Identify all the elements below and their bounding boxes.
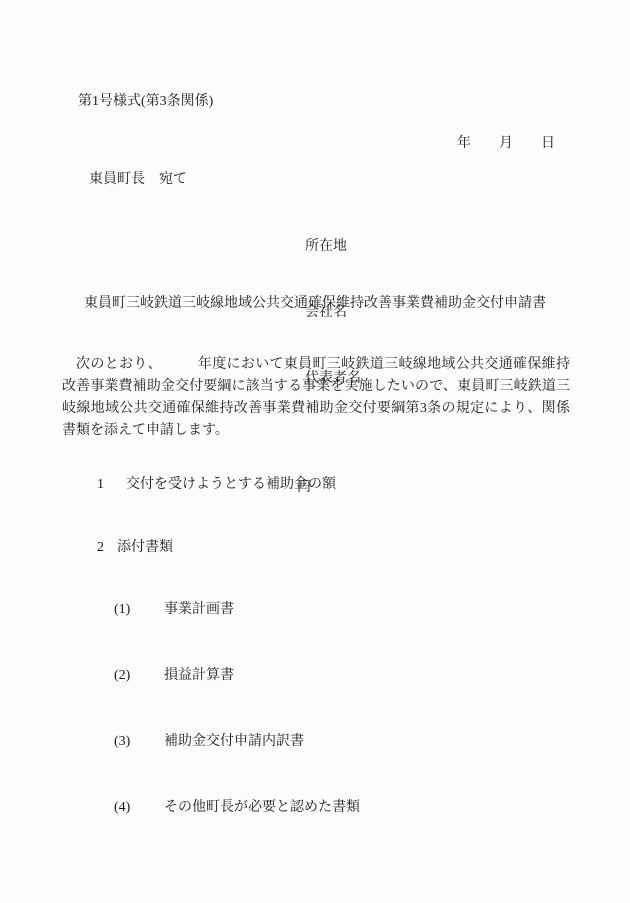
attachment-item-label: (3)	[114, 731, 164, 753]
attachment-item: (3)補助金交付申請内訳書	[93, 709, 360, 731]
body-paragraph: 次のとおり、 年度において東員町三岐鉄道三岐線地域公共交通確保維持改善事業費補助…	[62, 354, 570, 442]
date-placeholder-line: 年 月 日	[457, 133, 555, 155]
attachment-item-label: (2)	[114, 665, 164, 687]
attachment-item-text: 事業計画書	[164, 602, 234, 617]
attachment-item-label: (4)	[114, 797, 164, 819]
document-title: 東員町三岐鉄道三岐線地域公共交通確保維持改善事業費補助金交付申請書	[0, 293, 630, 315]
form-number: 第1号様式(第3条関係)	[78, 91, 213, 113]
document-page: 第1号様式(第3条関係) 年 月 日 東員町長 宛て 所在地 会社名 代表者名 …	[0, 0, 630, 903]
addressee-line: 東員町長 宛て	[89, 169, 187, 191]
amount-unit-label: 円	[297, 477, 311, 499]
attachment-item-text: その他町長が必要と認めた書類	[164, 800, 360, 815]
attachment-item-label: (1)	[114, 599, 164, 621]
applicant-field-location: 所在地	[305, 236, 361, 258]
attachment-item: (1)事業計画書	[93, 577, 360, 599]
attachment-list: (1)事業計画書 (2)損益計算書 (3)補助金交付申請内訳書 (4)その他町長…	[93, 533, 360, 841]
attachment-item: (2)損益計算書	[93, 643, 360, 665]
attachment-item: (4)その他町長が必要と認めた書類	[93, 775, 360, 797]
attachment-item-text: 損益計算書	[164, 668, 234, 683]
section-1-number: 1	[97, 474, 126, 496]
attachment-item-text: 補助金交付申請内訳書	[164, 734, 304, 749]
